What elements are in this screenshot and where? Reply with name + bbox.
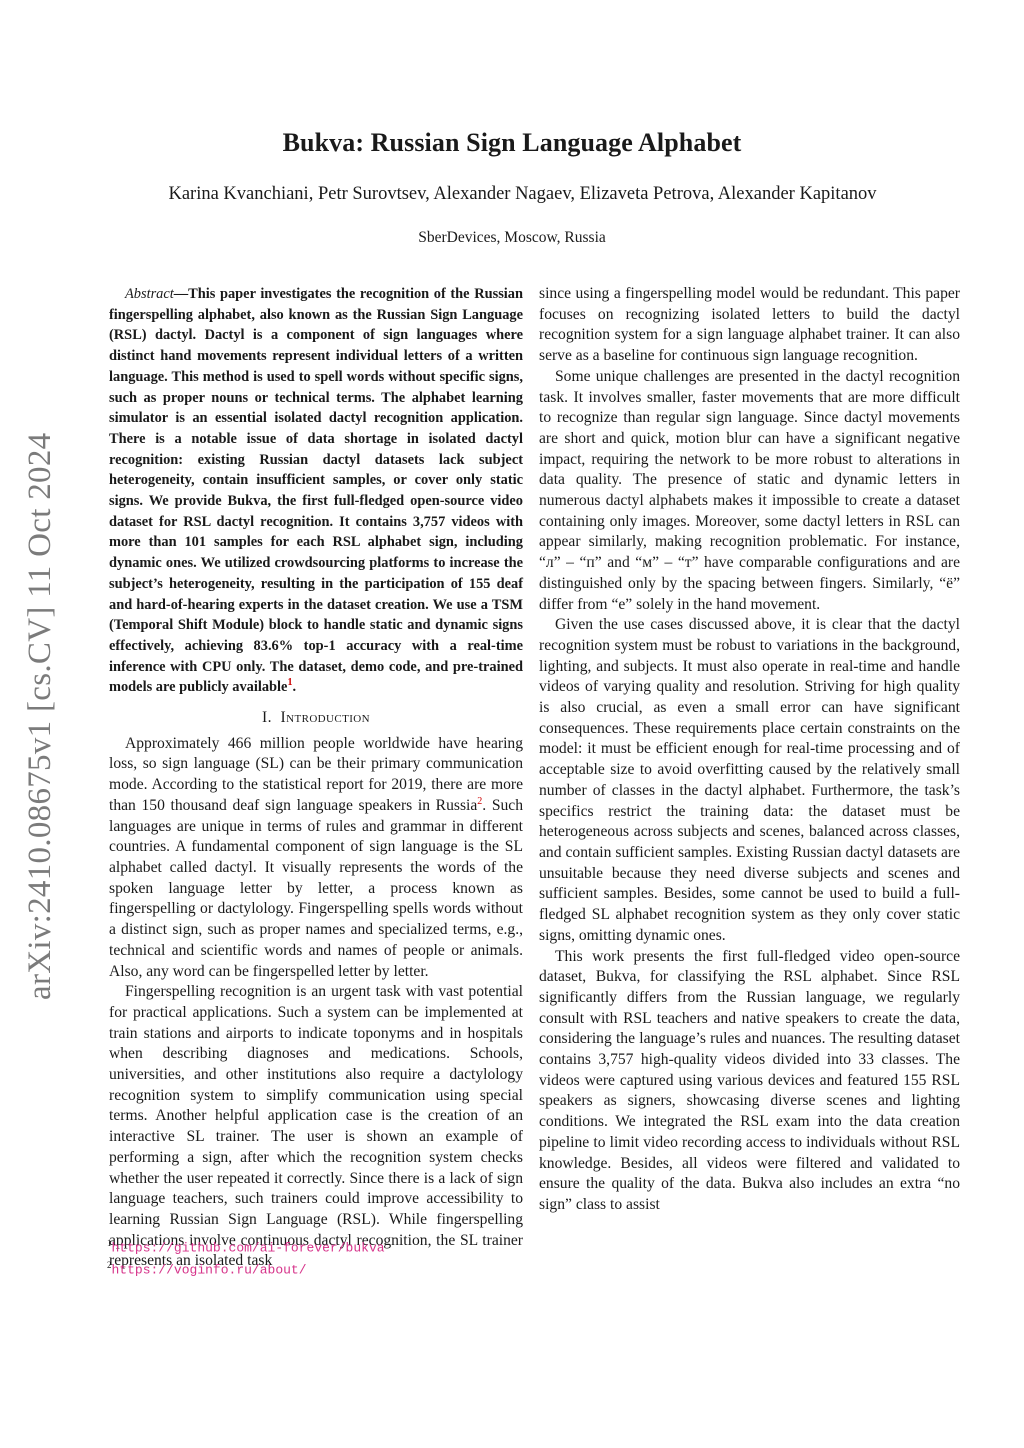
footnote-link[interactable]: https://github.com/ai-forever/bukva — [112, 1241, 385, 1256]
section-heading-introduction: I. Introduction — [109, 708, 523, 729]
intro-paragraph-2: Fingerspelling recognition is an urgent … — [109, 982, 523, 1272]
section-title: Introduction — [281, 709, 370, 726]
intro-paragraph-4: Given the use cases discussed above, it … — [539, 615, 960, 946]
intro-paragraph-1-part-b: . Such languages are unique in terms of … — [109, 797, 523, 980]
abstract-text: This paper investigates the recognition … — [109, 286, 523, 695]
abstract-dash: — — [174, 286, 188, 302]
intro-paragraph-1-part-a: Approximately 466 million people worldwi… — [109, 735, 523, 814]
intro-paragraph-5: This work presents the first full-fledge… — [539, 947, 960, 1216]
footnote-2: 2https://voginfo.ru/about/ — [107, 1257, 527, 1279]
section-number: I. — [262, 709, 272, 726]
footnote-link[interactable]: https://voginfo.ru/about/ — [112, 1262, 307, 1277]
affiliation: SberDevices, Moscow, Russia — [0, 229, 1024, 247]
intro-paragraph-3: Some unique challenges are presented in … — [539, 367, 960, 615]
paper-title: Bukva: Russian Sign Language Alphabet — [0, 128, 1024, 158]
intro-paragraph-continued: since using a fingerspelling model would… — [539, 284, 960, 367]
abstract-label: Abstract — [125, 286, 174, 302]
abstract-end: . — [292, 679, 296, 695]
footnote-1: 1https://github.com/ai-forever/bukva — [107, 1235, 527, 1257]
right-column: since using a fingerspelling model would… — [539, 284, 960, 1216]
footnotes: 1https://github.com/ai-forever/bukva 2ht… — [107, 1235, 527, 1278]
author-list: Karina Kvanchiani, Petr Surovtsev, Alexa… — [150, 183, 895, 206]
abstract: Abstract—This paper investigates the rec… — [109, 284, 523, 698]
arxiv-identifier-stamp: arXiv:2410.08675v1 [cs.CV] 11 Oct 2024 — [20, 420, 60, 1000]
left-column: Abstract—This paper investigates the rec… — [109, 284, 523, 1272]
intro-paragraph-1: Approximately 466 million people worldwi… — [109, 734, 523, 982]
